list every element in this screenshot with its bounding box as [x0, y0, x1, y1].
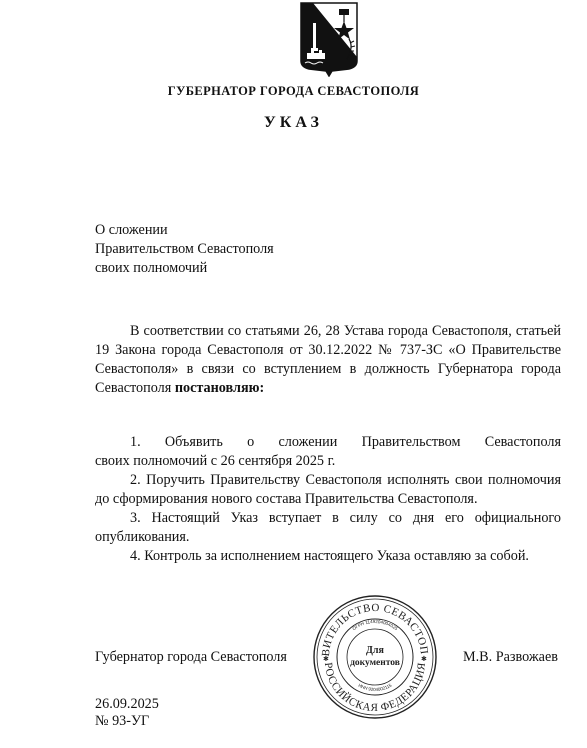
seal-center-line2: документов — [350, 658, 400, 668]
svg-text:✱: ✱ — [421, 655, 427, 663]
item-line: 3. Настоящий Указ вступает в силу со дня… — [95, 509, 561, 528]
item-line: своих полномочий с 26 сентября 2025 г. — [95, 452, 561, 471]
decree-item-2: 2. Поручить Правительству Севастополя ис… — [95, 471, 561, 509]
svg-text:✱: ✱ — [323, 655, 329, 663]
decree-registration: 26.09.2025 № 93-УГ — [95, 696, 159, 730]
item-line: 1. Объявить о сложении Правительством Се… — [95, 433, 561, 452]
decree-items: 1. Объявить о сложении Правительством Се… — [95, 433, 561, 566]
decree-number: № 93-УГ — [95, 713, 159, 730]
official-seal: ПРАВИТЕЛЬСТВО СЕВАСТОПОЛЯ РОССИЙСКАЯ ФЕД… — [311, 593, 439, 721]
item-line: до сформирования нового состава Правител… — [95, 490, 561, 509]
svg-text:ОГРН 1149204004025: ОГРН 1149204004025 — [351, 619, 399, 632]
preamble-line: Севастополя» в связи со вступлением в до… — [95, 360, 561, 379]
decree-preamble: В соответствии со статьями 26, 28 Устава… — [95, 322, 561, 398]
signatory-name: М.В. Развожаев — [463, 649, 558, 666]
svg-text:ИНН 9204002115: ИНН 9204002115 — [358, 682, 393, 692]
seal-center-line1: Для — [366, 645, 384, 656]
preamble-line: 19 Закона города Севастополя от 30.12.20… — [95, 341, 561, 360]
preamble-line: Севастополя постановляю: — [95, 379, 561, 398]
subject-line: Правительством Севастополя — [95, 240, 274, 259]
item-line: 2. Поручить Правительству Севастополя ис… — [95, 471, 561, 490]
seal-inner-bottom: ИНН 9204002115 — [358, 682, 393, 692]
decree-date: 26.09.2025 — [95, 696, 159, 713]
subject-line: своих полномочий — [95, 259, 274, 278]
item-line: опубликования. — [95, 528, 561, 547]
preamble-text: Севастополя — [95, 380, 175, 396]
item-line: 4. Контроль за исполнением настоящего Ук… — [95, 547, 561, 566]
document-type-heading: УКАЗ — [0, 114, 587, 132]
decree-item-1: 1. Объявить о сложении Правительством Се… — [95, 433, 561, 471]
decree-item-3: 3. Настоящий Указ вступает в силу со дня… — [95, 509, 561, 547]
preamble-line: В соответствии со статьями 26, 28 Устава… — [95, 322, 561, 341]
decree-item-4: 4. Контроль за исполнением настоящего Ук… — [95, 547, 561, 566]
coat-of-arms-emblem — [299, 1, 359, 77]
issuer-title: ГУБЕРНАТОР ГОРОДА СЕВАСТОПОЛЯ — [0, 84, 587, 99]
subject-line: О сложении — [95, 221, 274, 240]
seal-inner-top: ОГРН 1149204004025 — [351, 619, 399, 632]
signatory-title: Губернатор города Севастополя — [95, 649, 287, 666]
decree-subject: О сложении Правительством Севастополя св… — [95, 221, 274, 278]
resolution-keyword: постановляю: — [175, 380, 264, 396]
